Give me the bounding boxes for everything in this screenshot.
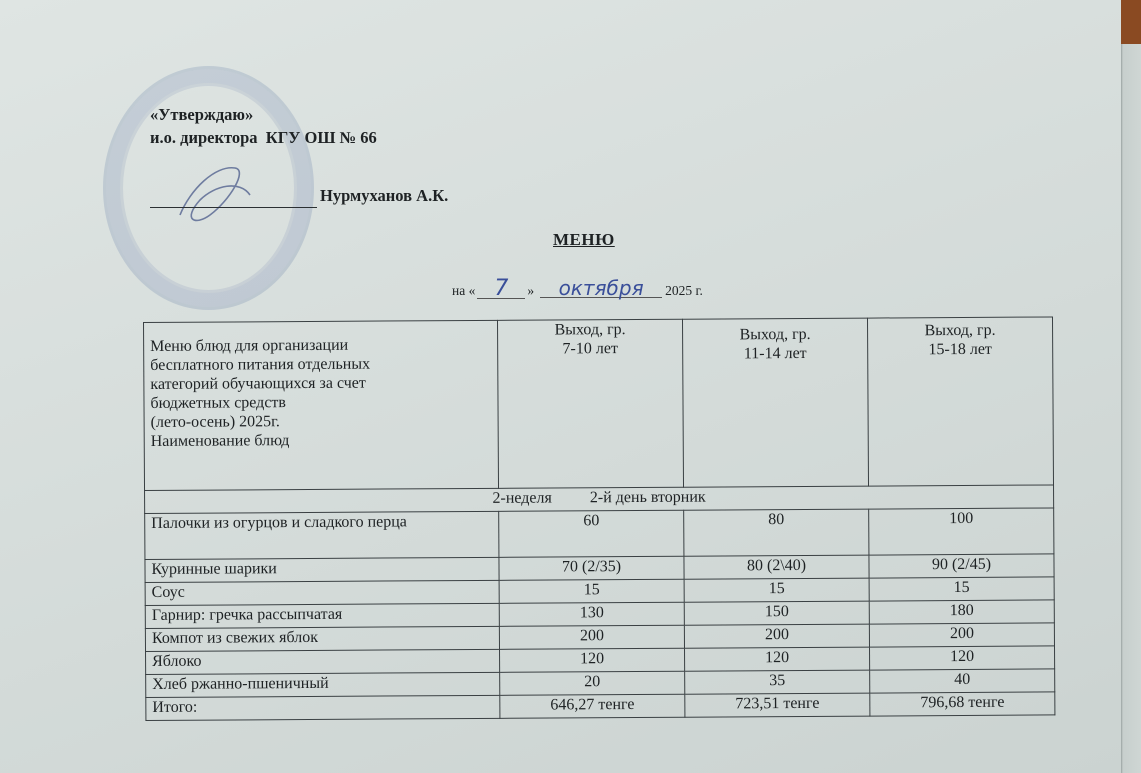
header-group-7-10: Выход, гр. 7-10 лет (498, 319, 684, 488)
approval-position: и.о. директора КГУ ОШ № 66 (150, 126, 377, 149)
signature-icon (170, 160, 260, 230)
menu-table: Меню блюд для организации бесплатного пи… (143, 316, 1055, 721)
date-mid: » (527, 283, 534, 299)
date-year: 2025 г. (665, 283, 703, 299)
date-day: 7 (477, 280, 525, 299)
header-group-15-18: Выход, гр. 15-18 лет (868, 317, 1054, 486)
date-prefix: на « (452, 283, 475, 299)
table-header-row: Меню блюд для организации бесплатного пи… (144, 317, 1054, 491)
table-total-row: Итого: 646,27 тенге 723,51 тенге 796,68 … (146, 692, 1055, 721)
underlying-page-edge (1121, 44, 1141, 773)
menu-date: на « 7 » октября 2025 г. (452, 279, 703, 299)
signature-line (150, 207, 317, 208)
approval-heading: «Утверждаю» (150, 103, 377, 126)
document-sheet: «Утверждаю» и.о. директора КГУ ОШ № 66 Н… (0, 0, 1121, 773)
signatory-name: Нурмуханов А.К. (320, 186, 448, 206)
header-dish-name: Меню блюд для организации бесплатного пи… (144, 320, 499, 490)
table-row: Палочки из огурцов и сладкого перца 60 8… (145, 508, 1054, 560)
menu-table-wrapper: Меню блюд для организации бесплатного пи… (143, 316, 1055, 721)
date-month: октября (540, 279, 662, 298)
header-group-11-14: Выход, гр. 11-14 лет (683, 318, 869, 487)
approval-block: «Утверждаю» и.о. директора КГУ ОШ № 66 (150, 103, 377, 149)
page-title: МЕНЮ (553, 230, 615, 250)
